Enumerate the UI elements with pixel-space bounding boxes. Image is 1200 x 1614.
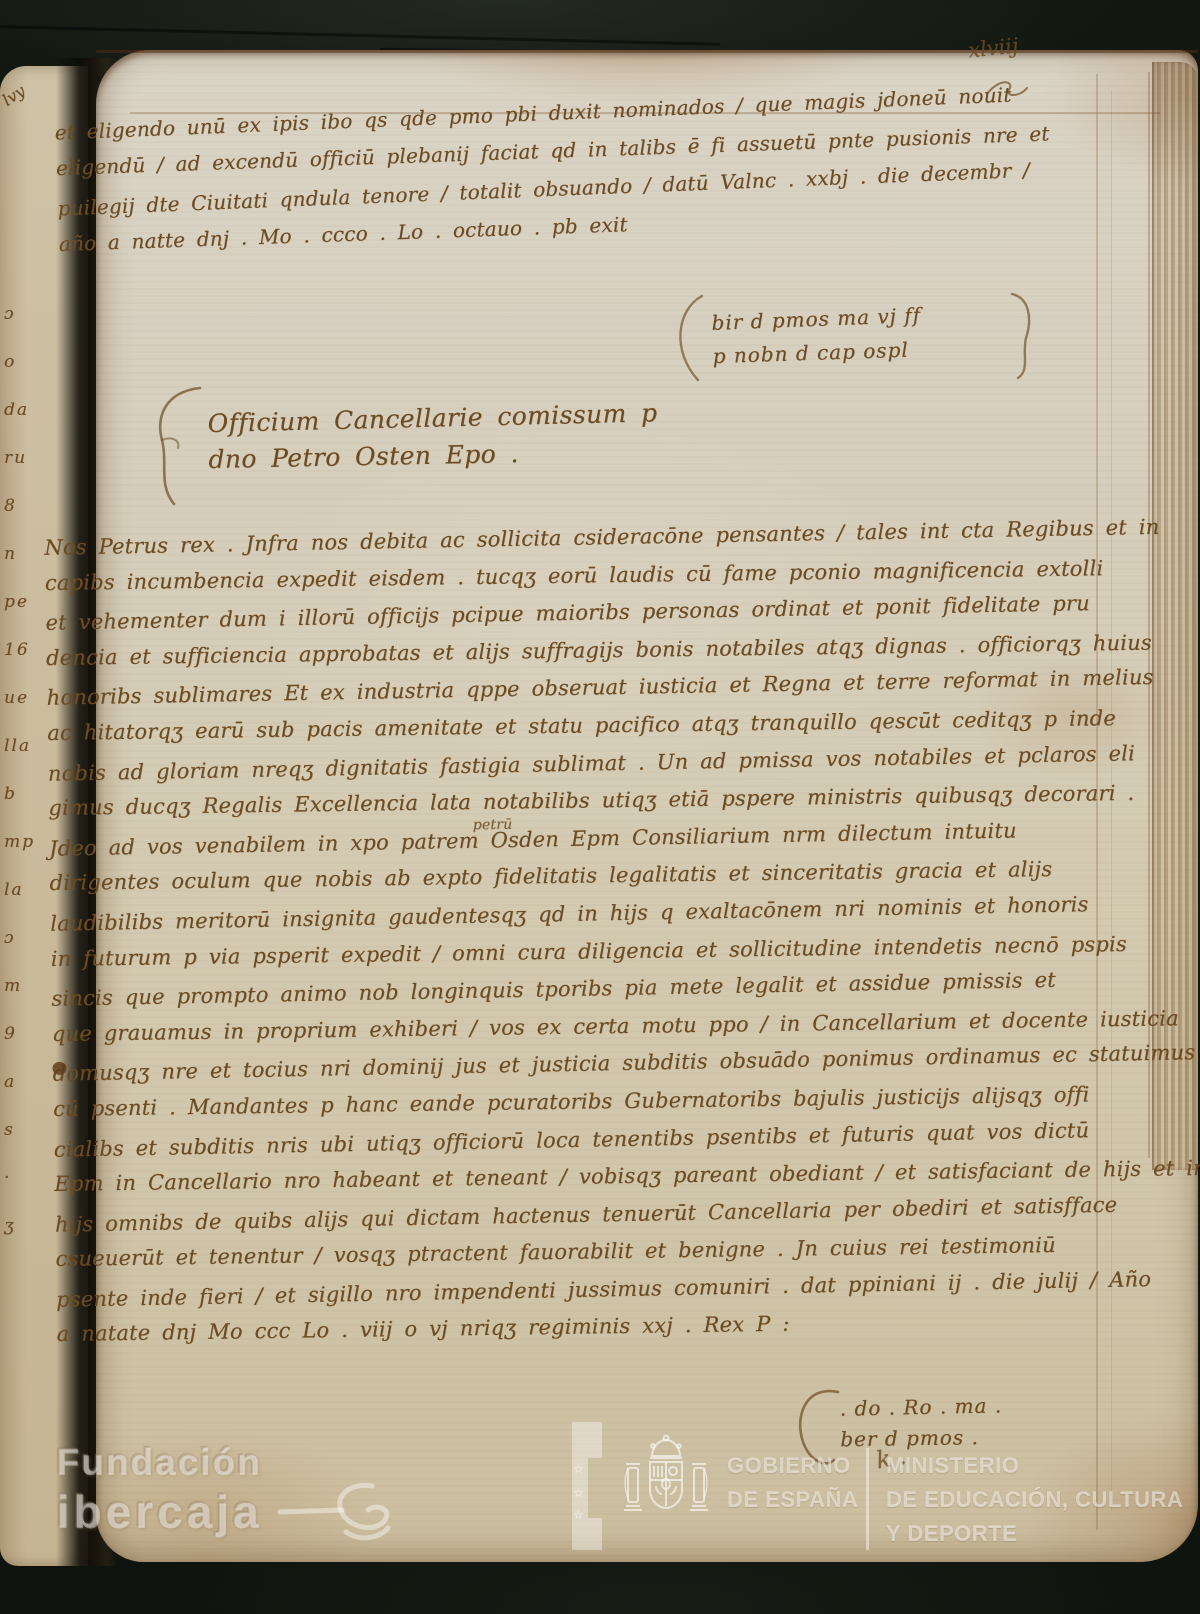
gobierno-line1: GOBIERNO xyxy=(727,1449,858,1483)
ibercaja-watermark-line2: ibercaja xyxy=(56,1484,262,1538)
margin-note: bir d pmos ma vj ffp nobn d cap ospl xyxy=(711,295,1023,374)
body-lines: Nos Petrus rex . Jnfra nos debita ac sol… xyxy=(44,510,1181,1355)
right-bracket-icon xyxy=(1008,288,1038,382)
star-icon: ☆ xyxy=(573,1462,584,1476)
stars-column-icon: ☆ ☆ ☆ xyxy=(572,1422,606,1552)
star-icon: ☆ xyxy=(573,1486,584,1500)
rubric-heading: Officium Cancellarie comissum pdno Petro… xyxy=(207,396,628,479)
gobierno-watermark: GOBIERNO DE ESPAÑA xyxy=(727,1449,858,1517)
watermark-divider xyxy=(866,1448,869,1550)
ministerio-line2: DE EDUCACIÓN, CULTURA xyxy=(886,1483,1183,1517)
ibercaja-logo-icon xyxy=(276,1474,398,1548)
spain-coat-of-arms-icon xyxy=(616,1434,716,1536)
bar-segment xyxy=(572,1518,602,1550)
ministerio-line1: MINISTERIO xyxy=(886,1449,1183,1483)
cloth-crease xyxy=(0,25,720,46)
gobierno-line2: DE ESPAÑA xyxy=(727,1483,858,1517)
left-paren-icon xyxy=(668,292,708,384)
interline-correction: petrū xyxy=(472,807,512,845)
heading-bracket-icon xyxy=(150,382,208,512)
bar-segment xyxy=(572,1422,602,1458)
body-text-block: Nos Petrus rex . Jnfra nos debita ac sol… xyxy=(44,510,1181,1355)
ministerio-line3: Y DEPORTE xyxy=(886,1517,1183,1551)
manuscript-photo: ɔodaru8npe16uellabmplaɔm9as·ʒ lvy xlviij… xyxy=(0,0,1200,1614)
manuscript-line: . do . Ro . ma . xyxy=(839,1390,1002,1424)
ibercaja-watermark-line1: Fundación xyxy=(56,1441,261,1483)
ministerio-watermark: MINISTERIO DE EDUCACIÓN, CULTURA Y DEPOR… xyxy=(886,1449,1183,1551)
star-icon: ☆ xyxy=(573,1508,584,1522)
closing-note: . do . Ro . ma .ber d pmos . xyxy=(839,1391,1002,1456)
